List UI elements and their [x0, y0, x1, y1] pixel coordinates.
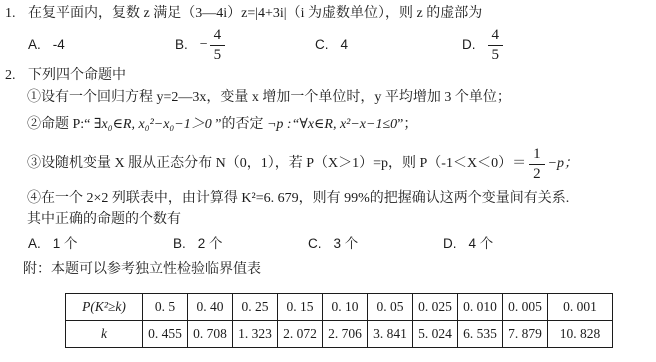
q1-options: A. -4 B. − 4 5 C. 4 D. 4 5 [5, 27, 648, 63]
q2-option-d-value: 4 个 [469, 235, 494, 253]
question-1-text: 在复平面内，复数 z 满足（3—4i）z=|4+3i|（i 为虚数单位），则 z… [28, 5, 482, 23]
q2-options: A. 1 个 B. 2 个 C. 3 个 D. 4 个 [5, 235, 648, 253]
q1-option-a-label: A. [28, 36, 41, 54]
table-cell-k: 2. 072 [278, 321, 323, 348]
q1-option-b-label: B. [175, 36, 188, 54]
table-header-k: k [66, 321, 143, 348]
table-cell-p: 0. 010 [458, 294, 503, 321]
fraction-denominator: 5 [210, 46, 226, 63]
table-header-p: P(K²≥k) [66, 294, 143, 321]
q1-option-c-value: 4 [341, 36, 349, 54]
q2-item-4: ④在一个 2×2 列联表中，由计算得 K²=6. 679，则有 99%的把握确认… [5, 190, 648, 208]
q2-option-d-label: D. [443, 235, 457, 253]
question-1-number: 1. [5, 5, 28, 23]
table-row-p: P(K²≥k) 0. 5 0. 40 0. 25 0. 15 0. 10 0. … [66, 294, 613, 321]
q2-option-c-label: C. [308, 235, 322, 253]
q2-option-d: D. 4 个 [443, 235, 493, 253]
fraction-denominator: 2 [529, 165, 545, 182]
q2-option-a-value: 1 个 [53, 235, 78, 253]
table-cell-k: 0. 708 [188, 321, 233, 348]
table-cell-k: 6. 535 [458, 321, 503, 348]
question-2: 2. 下列四个命题中 [5, 67, 648, 85]
q1-option-b: B. − 4 5 [175, 28, 315, 63]
q2-item-3: ③设随机变量 X 服从正态分布 N（0，1），若 P（X＞1）=p，则 P（-1… [5, 145, 648, 183]
table-cell-p: 0. 001 [548, 294, 613, 321]
q2-option-b-label: B. [173, 235, 186, 253]
q2-option-c: C. 3 个 [308, 235, 443, 253]
q1-option-c: C. 4 [315, 36, 462, 54]
table-cell-p: 0. 05 [368, 294, 413, 321]
table-cell-p: 0. 10 [323, 294, 368, 321]
table-cell-p: 0. 5 [143, 294, 188, 321]
q2-stem: 其中正确的命题的个数有 [5, 211, 648, 229]
table-cell-p: 0. 005 [503, 294, 548, 321]
fraction-numerator: 4 [488, 28, 504, 46]
q2-item-2-formula-1: ∃x₀∈R, x₀²−x₀−1＞0 [94, 117, 212, 132]
q1-option-b-fraction: 4 5 [210, 28, 226, 63]
q2-option-b: B. 2 个 [173, 235, 308, 253]
q1-option-d: D. 4 5 [462, 28, 503, 63]
fraction-numerator: 1 [529, 147, 545, 165]
table-cell-k: 3. 841 [368, 321, 413, 348]
table-row-k: k 0. 455 0. 708 1. 323 2. 072 2. 706 3. … [66, 321, 613, 348]
fraction-denominator: 5 [488, 46, 504, 63]
question-2-text: 下列四个命题中 [28, 67, 126, 85]
question-1: 1. 在复平面内，复数 z 满足（3—4i）z=|4+3i|（i 为虚数单位），… [5, 5, 648, 23]
q2-item-3-pre: ③设随机变量 X 服从正态分布 N（0，1），若 P（X＞1）=p，则 P（-1… [27, 155, 526, 173]
q2-item-2: ②命题 P:“ ∃x₀∈R, x₀²−x₀−1＞0 ”的否定 ¬p :“∀x∈R… [5, 116, 648, 134]
table-cell-k: 0. 455 [143, 321, 188, 348]
table-cell-k: 7. 879 [503, 321, 548, 348]
table-cell-k: 5. 024 [413, 321, 458, 348]
appendix-note: 附：本题可以参考独立性检验临界值表 [5, 261, 648, 279]
table-cell-k: 2. 706 [323, 321, 368, 348]
q2-option-b-value: 2 个 [198, 235, 223, 253]
q1-option-c-label: C. [315, 36, 329, 54]
question-2-number: 2. [5, 67, 28, 85]
table-cell-p: 0. 15 [278, 294, 323, 321]
q2-item-2-pre: ②命题 P:“ [27, 117, 94, 132]
table-cell-p: 0. 40 [188, 294, 233, 321]
q2-item-3-fraction: 1 2 [529, 147, 545, 182]
critical-values-table-wrapper: P(K²≥k) 0. 5 0. 40 0. 25 0. 15 0. 10 0. … [65, 293, 648, 348]
q2-option-a-label: A. [28, 235, 41, 253]
q1-option-d-label: D. [462, 36, 476, 54]
q2-item-2-mid: ”的否定 [212, 117, 267, 132]
fraction-numerator: 4 [210, 28, 226, 46]
table-cell-p: 0. 025 [413, 294, 458, 321]
q2-item-1: ①设有一个回归方程 y=2—3x，变量 x 增加一个单位时，y 平均增加 3 个… [5, 89, 648, 107]
q1-option-b-minus-sign: − [200, 36, 208, 54]
q2-item-3-post: −p； [548, 155, 578, 173]
q2-item-2-negation: ¬p :“ [267, 117, 299, 132]
table-cell-k: 1. 323 [233, 321, 278, 348]
q1-option-a-value: -4 [53, 36, 65, 54]
q2-item-2-post: ”； [397, 117, 417, 132]
q2-item-2-formula-2: ∀x∈R, x²−x−1≤0 [299, 117, 397, 132]
table-cell-k: 10. 828 [548, 321, 613, 348]
critical-values-table: P(K²≥k) 0. 5 0. 40 0. 25 0. 15 0. 10 0. … [65, 293, 613, 348]
table-cell-p: 0. 25 [233, 294, 278, 321]
exam-page: 1. 在复平面内，复数 z 满足（3—4i）z=|4+3i|（i 为虚数单位），… [0, 0, 656, 362]
q2-option-a: A. 1 个 [28, 235, 173, 253]
q2-option-c-value: 3 个 [334, 235, 359, 253]
q1-option-a: A. -4 [28, 36, 175, 54]
q1-option-d-fraction: 4 5 [488, 28, 504, 63]
